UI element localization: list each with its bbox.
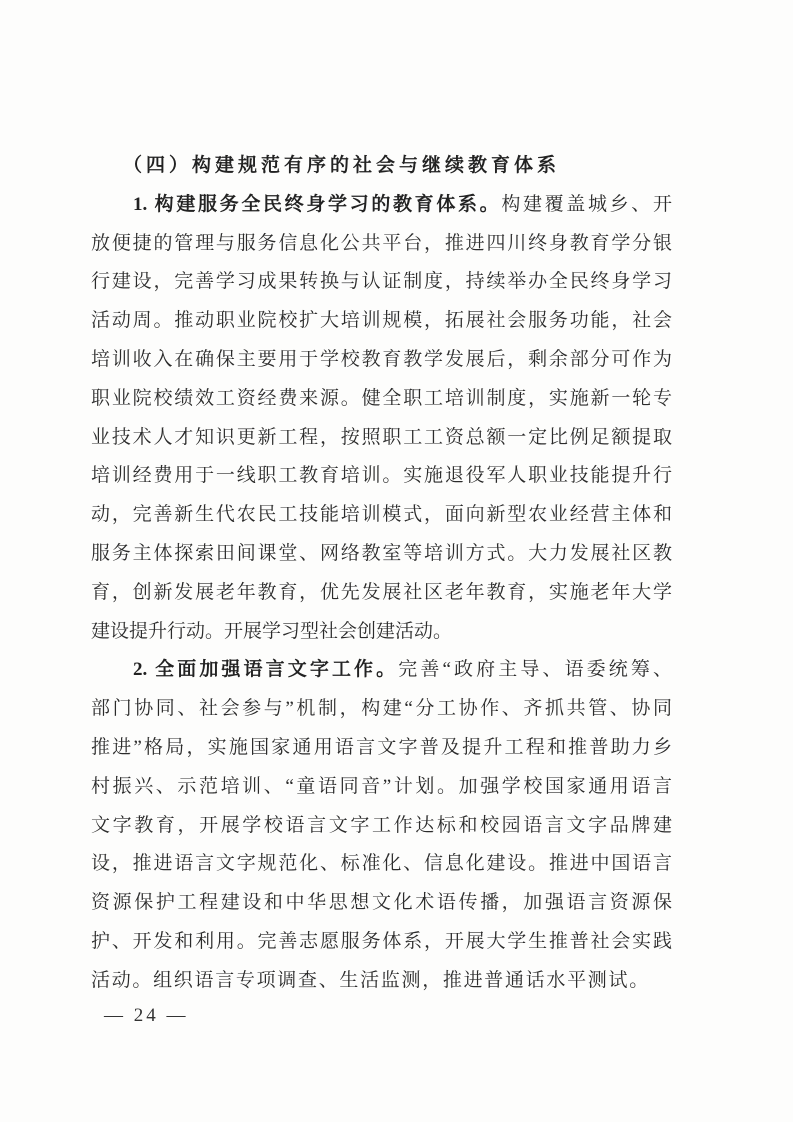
- text-line: 业技术人才知识更新工程，按照职工工资总额一定比例足额提取: [91, 419, 672, 458]
- document-body: （四）构建规范有序的社会与继续教育体系 1. 构建服务全民终身学习的教育体系。构…: [91, 147, 672, 1001]
- page-number: — 24 —: [104, 1000, 189, 1032]
- text-line: 育，创新发展老年教育，优先发展社区老年教育，实施老年大学: [91, 574, 672, 613]
- text-line: 服务主体探索田间课堂、网络教室等培训方式。大力发展社区教: [91, 535, 672, 574]
- paragraph-2-first-line: 2. 全面加强语言文字工作。完善“政府主导、语委统筹、: [91, 651, 672, 690]
- paragraph-1-last-line: 建设提升行动。开展学习型社会创建活动。: [91, 613, 672, 652]
- text-line: 部门协同、社会参与”机制，构建“分工协作、齐抓共管、协同: [91, 690, 672, 729]
- paragraph-2-lead: 2. 全面加强语言文字工作。: [133, 659, 398, 680]
- text-line: 行建设，完善学习成果转换与认证制度，持续举办全民终身学习: [91, 263, 672, 302]
- text-line: 设，推进语言文字规范化、标准化、信息化建设。推进中国语言: [91, 845, 672, 884]
- text-line: 职业院校绩效工资经费来源。健全职工培训制度，实施新一轮专: [91, 380, 672, 419]
- text-line: 活动周。推动职业院校扩大培训规模，拓展社会服务功能，社会: [91, 302, 672, 341]
- text-line: 推进”格局，实施国家通用语言文字普及提升工程和推普助力乡: [91, 729, 672, 768]
- text-line: 文字教育，开展学校语言文字工作达标和校园语言文字品牌建: [91, 807, 672, 846]
- text-line: 护、开发和利用。完善志愿服务体系，开展大学生推普社会实践: [91, 923, 672, 962]
- text-line: 动，完善新生代农民工技能培训模式，面向新型农业经营主体和: [91, 496, 672, 535]
- text-line: 放便捷的管理与服务信息化公共平台，推进四川终身教育学分银: [91, 225, 672, 264]
- text-line: 培训经费用于一线职工教育培训。实施退役军人职业技能提升行: [91, 457, 672, 496]
- text-line: 培训收入在确保主要用于学校教育教学发展后，剩余部分可作为: [91, 341, 672, 380]
- section-heading: （四）构建规范有序的社会与继续教育体系: [91, 147, 672, 186]
- paragraph-2-first-line-rest: 完善“政府主导、语委统筹、: [398, 659, 672, 680]
- text-line: 资源保护工程建设和中华思想文化术语传播，加强语言资源保: [91, 884, 672, 923]
- document-page: （四）构建规范有序的社会与继续教育体系 1. 构建服务全民终身学习的教育体系。构…: [0, 0, 793, 1122]
- text-line: 村振兴、示范培训、“童语同音”计划。加强学校国家通用语言: [91, 768, 672, 807]
- paragraph-1-first-line: 1. 构建服务全民终身学习的教育体系。构建覆盖城乡、开: [91, 186, 672, 225]
- paragraph-2-last-line: 活动。组织语言专项调查、生活监测，推进普通话水平测试。: [91, 962, 672, 1001]
- paragraph-1-lead: 1. 构建服务全民终身学习的教育体系。: [133, 194, 501, 215]
- paragraph-1-first-line-rest: 构建覆盖城乡、开: [501, 194, 672, 215]
